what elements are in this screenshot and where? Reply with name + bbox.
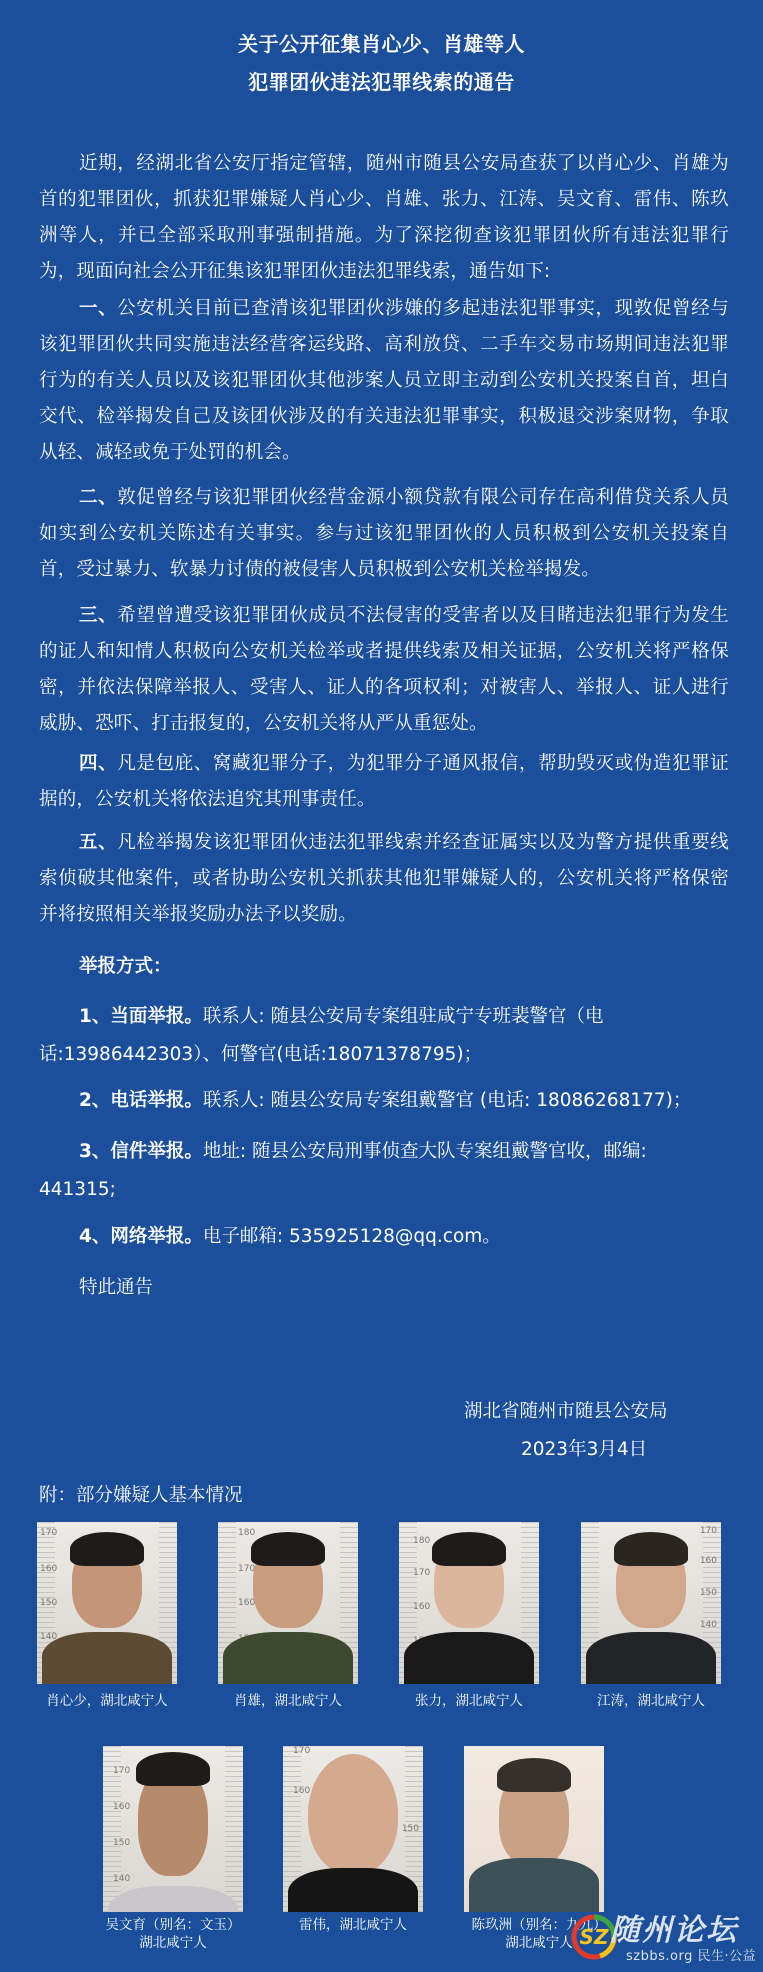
suspect-photo-5: 170 160 150 140: [103, 1746, 243, 1912]
method-letter: 3、信件举报。地址: 随县公安局刑事侦查大队专案组戴警官收，邮编: 441315…: [39, 1133, 729, 1209]
method-in-person: 1、当面举报。联系人: 随县公安局专案组驻咸宁专班裴警官（电话:13986442…: [39, 998, 729, 1074]
forum-name: 随州论坛: [610, 1905, 738, 1949]
clause-number: 二、: [79, 487, 117, 508]
clause-2: 二、敦促曾经与该犯罪团伙经营金源小额贷款有限公司存在高利借贷关系人员如实到公安机…: [39, 480, 729, 588]
suspect-photo-3: 180 170 160 150: [399, 1522, 539, 1684]
svg-text:SZ: SZ: [580, 1925, 609, 1949]
closing-text: 特此通告: [39, 1269, 729, 1307]
methods-heading: 举报方式：: [39, 948, 729, 986]
clause-text: 敦促曾经与该犯罪团伙经营金源小额贷款有限公司存在高利借贷关系人员如实到公安机关陈…: [39, 487, 729, 580]
clause-number: 五、: [79, 832, 117, 853]
suspect-caption-3: 张力，湖北咸宁人: [389, 1692, 549, 1710]
issuer: 湖北省随州市随县公安局: [464, 1402, 668, 1422]
suspect-caption-2: 肖雄，湖北咸宁人: [208, 1692, 368, 1710]
suspect-caption-1: 肖心少，湖北咸宁人: [27, 1692, 187, 1710]
suspect-caption-4: 江涛，湖北咸宁人: [571, 1692, 731, 1710]
method-label: 3、信件举报。: [79, 1141, 203, 1162]
suspect-caption-5: 吴文育（别名：文玉） 湖北咸宁人: [88, 1916, 258, 1952]
forum-tagline: szbbs.org 民生·公益: [626, 1945, 756, 1964]
clause-text: 希望曾遭受该犯罪团伙成员不法侵害的受害者以及目睹违法犯罪行为发生的证人和知情人积…: [39, 605, 729, 734]
clause-1: 一、公安机关目前已查清该犯罪团伙涉嫌的多起违法犯罪事实，现敦促曾经与该犯罪团伙共…: [39, 291, 729, 471]
clause-text: 凡是包庇、窝藏犯罪分子，为犯罪分子通风报信，帮助毁灭或伪造犯罪证据的，公安机关将…: [39, 753, 729, 810]
clause-4: 四、凡是包庇、窝藏犯罪分子，为犯罪分子通风报信，帮助毁灭或伪造犯罪证据的，公安机…: [39, 746, 729, 818]
method-label: 4、网络举报。: [79, 1226, 203, 1247]
method-text: 联系人: 随县公安局专案组戴警官 (电话: 18086268177)；: [203, 1090, 692, 1111]
clause-number: 三、: [79, 605, 117, 626]
notice-page: 关于公开征集肖心少、肖雄等人 犯罪团伙违法犯罪线索的通告 近期，经湖北省公安厅指…: [0, 0, 763, 1972]
suspect-photo-4: 170 160 150 140: [581, 1522, 721, 1684]
forum-watermark: SZ 随州论坛 szbbs.org 民生·公益: [560, 1905, 760, 1967]
appendix-heading: 附：部分嫌疑人基本情况: [39, 1486, 243, 1506]
issue-date: 2023年3月4日: [521, 1440, 647, 1460]
method-text: 电子邮箱: 535925128@qq.com。: [203, 1226, 501, 1247]
suspect-caption-6: 雷伟，湖北咸宁人: [273, 1916, 433, 1934]
clause-text: 公安机关目前已查清该犯罪团伙涉嫌的多起违法犯罪事实，现敦促曾经与该犯罪团伙共同实…: [39, 298, 729, 463]
clause-3: 三、希望曾遭受该犯罪团伙成员不法侵害的受害者以及目睹违法犯罪行为发生的证人和知情…: [39, 598, 729, 742]
method-label: 1、当面举报。: [79, 1006, 203, 1027]
suspect-photo-2: 180 170 160 150: [218, 1522, 358, 1684]
intro-paragraph: 近期，经湖北省公安厅指定管辖，随州市随县公安局查获了以肖心少、肖雄为首的犯罪团伙…: [39, 146, 729, 290]
clause-5: 五、凡检举揭发该犯罪团伙违法犯罪线索并经查证属实以及为警方提供重要线索侦破其他案…: [39, 825, 729, 933]
notice-title-line2: 犯罪团伙违法犯罪线索的通告: [0, 72, 763, 92]
suspect-photo-7: [464, 1746, 604, 1912]
clause-text: 凡检举揭发该犯罪团伙违法犯罪线索并经查证属实以及为警方提供重要线索侦破其他案件，…: [39, 832, 729, 925]
method-online: 4、网络举报。电子邮箱: 535925128@qq.com。: [39, 1218, 729, 1256]
method-phone: 2、电话举报。联系人: 随县公安局专案组戴警官 (电话: 18086268177…: [39, 1082, 729, 1120]
clause-number: 一、: [79, 298, 117, 319]
notice-title-line1: 关于公开征集肖心少、肖雄等人: [0, 34, 763, 54]
suspect-photo-6: 170 160 150: [283, 1746, 423, 1912]
suspect-photo-1: 170 160 150 140: [37, 1522, 177, 1684]
method-label: 2、电话举报。: [79, 1090, 203, 1111]
clause-number: 四、: [79, 753, 117, 774]
